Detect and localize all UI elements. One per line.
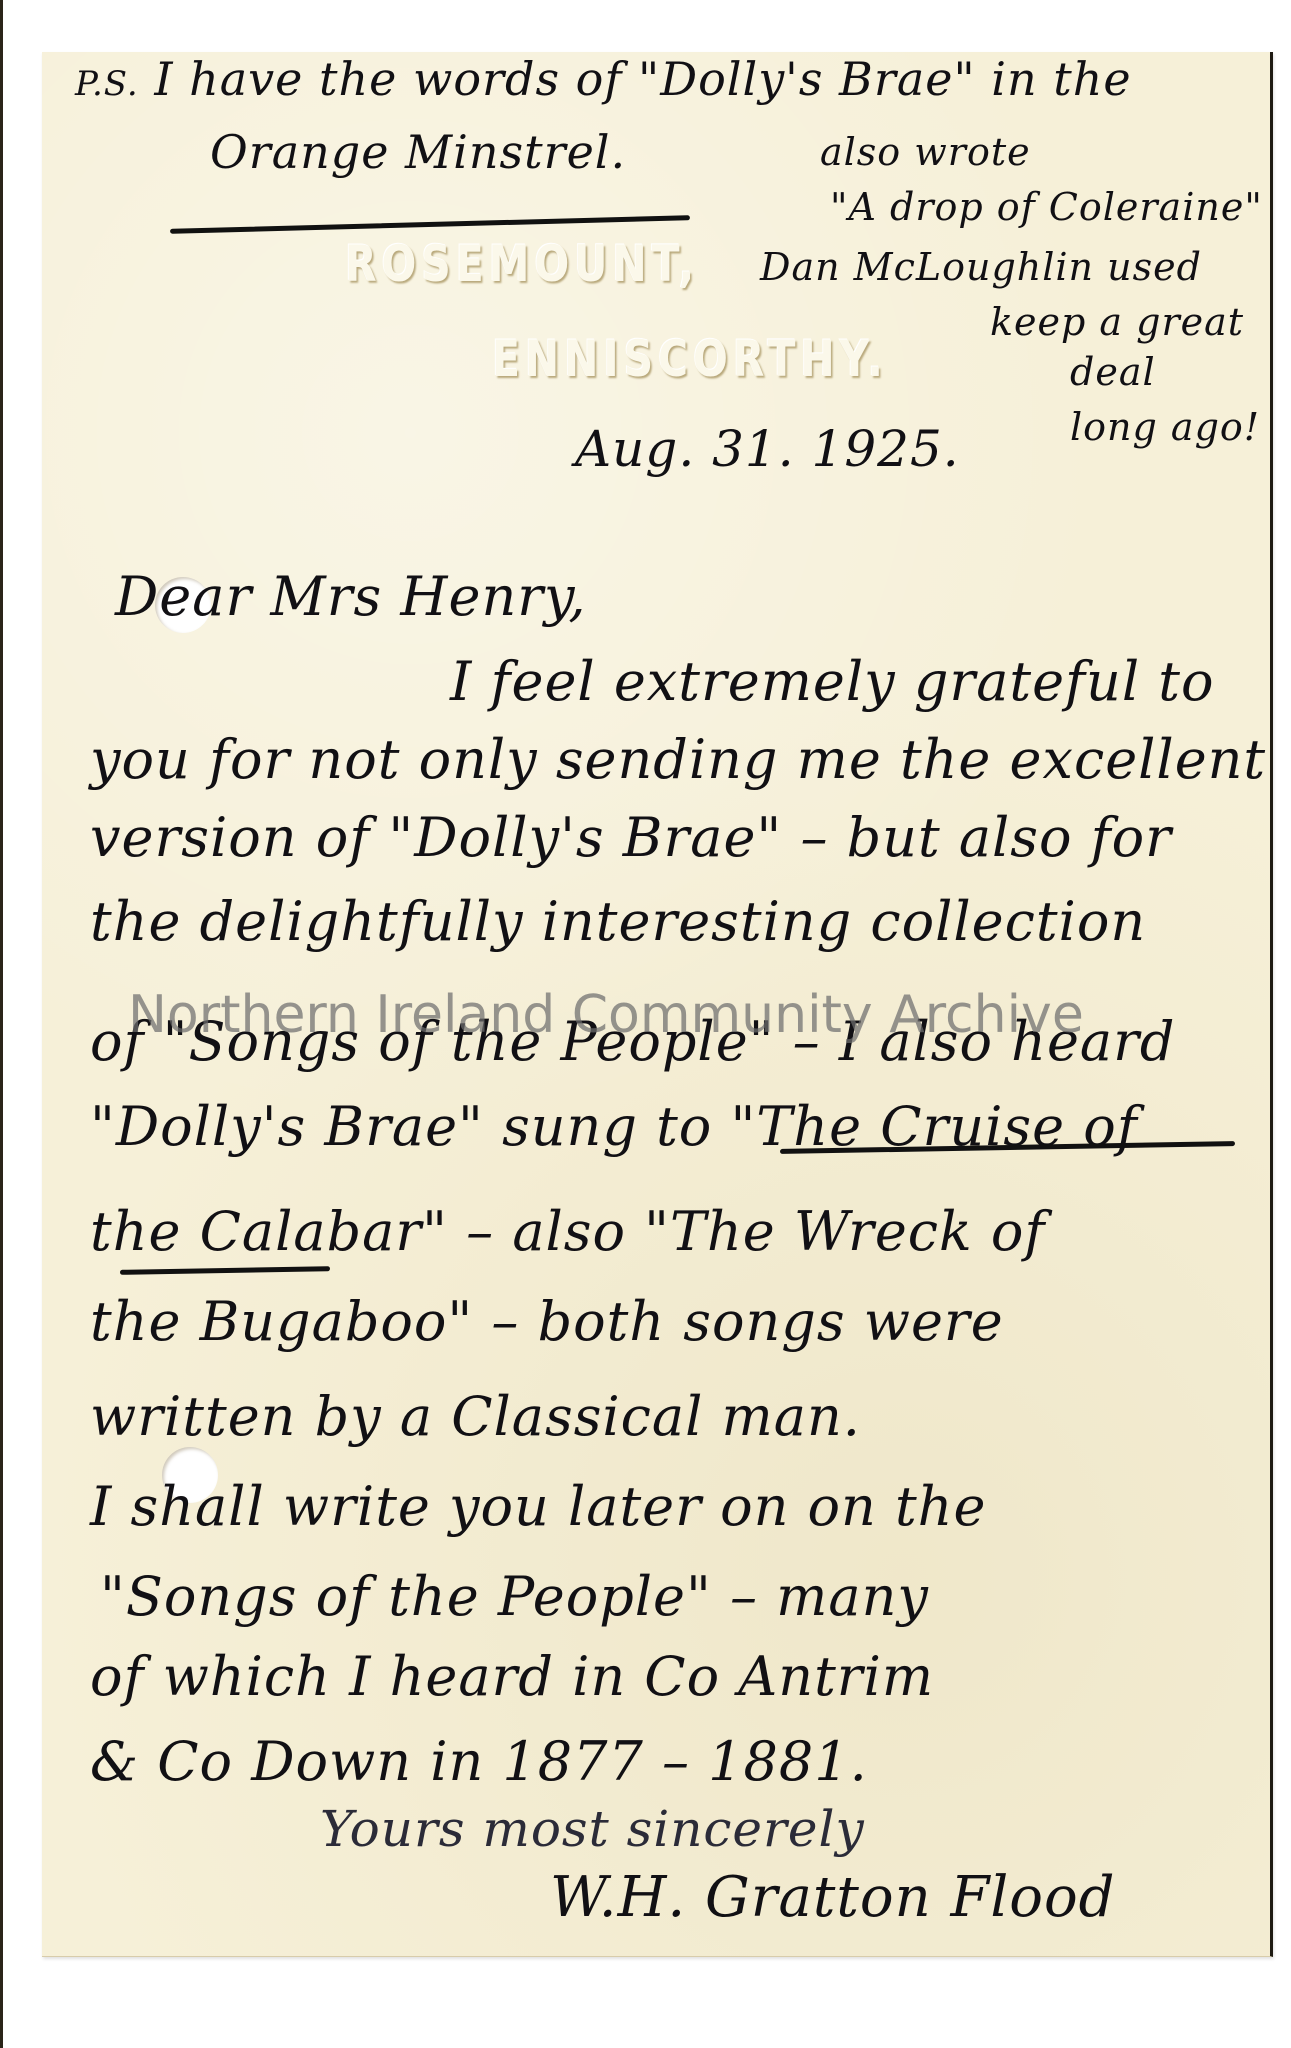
- margin-note-line-2: "A drop of Coleraine": [830, 185, 1263, 229]
- body-line-3: version of "Dolly's Brae" – but also for: [90, 806, 1172, 869]
- postscript-prefix: P.S.: [75, 64, 139, 104]
- letter-date: Aug. 31. 1925.: [575, 420, 960, 478]
- closing: Yours most sincerely: [320, 1800, 865, 1858]
- margin-note-line-4: keep a great: [990, 300, 1244, 344]
- margin-note-line-1: also wrote: [820, 130, 1031, 174]
- body-line-8: the Bugaboo" – both songs were: [90, 1290, 1004, 1353]
- letterhead-line-2: ENNISCORTHY.: [492, 330, 888, 388]
- body-line-11: "Songs of the People" – many: [100, 1565, 929, 1628]
- postscript-text: I have the words of: [154, 52, 622, 106]
- margin-note-line-3: Dan McLoughlin used: [760, 245, 1202, 289]
- body-line-12: of which I heard in Co Antrim: [90, 1645, 934, 1708]
- body-line-1: I feel extremely grateful to: [450, 650, 1214, 713]
- archive-watermark: Northern Ireland Community Archive: [128, 985, 1084, 1045]
- postscript-line-1: P.S. I have the words of "Dolly's Brae" …: [75, 52, 1132, 106]
- margin-note-line-6: long ago!: [1070, 405, 1260, 449]
- postscript-quote: "Dolly's Brae" in the: [638, 52, 1132, 106]
- margin-note-line-5: deal: [1070, 350, 1156, 394]
- signature: W.H. Gratton Flood: [550, 1865, 1116, 1930]
- body-line-7: the Calabar" – also "The Wreck of: [90, 1200, 1045, 1263]
- body-line-9: written by a Classical man.: [90, 1385, 861, 1448]
- letterhead-line-1: ROSEMOUNT,: [345, 235, 699, 293]
- body-line-4: the delightfully interesting collection: [90, 890, 1146, 953]
- body-line-2: you for not only sending me the excellen…: [90, 728, 1266, 791]
- scan-border: [0, 0, 3, 2048]
- postscript-line-2: Orange Minstrel.: [210, 125, 626, 179]
- body-line-10: I shall write you later on on the: [90, 1475, 986, 1538]
- body-line-13: & Co Down in 1877 – 1881.: [90, 1730, 868, 1793]
- salutation: Dear Mrs Henry,: [115, 565, 587, 628]
